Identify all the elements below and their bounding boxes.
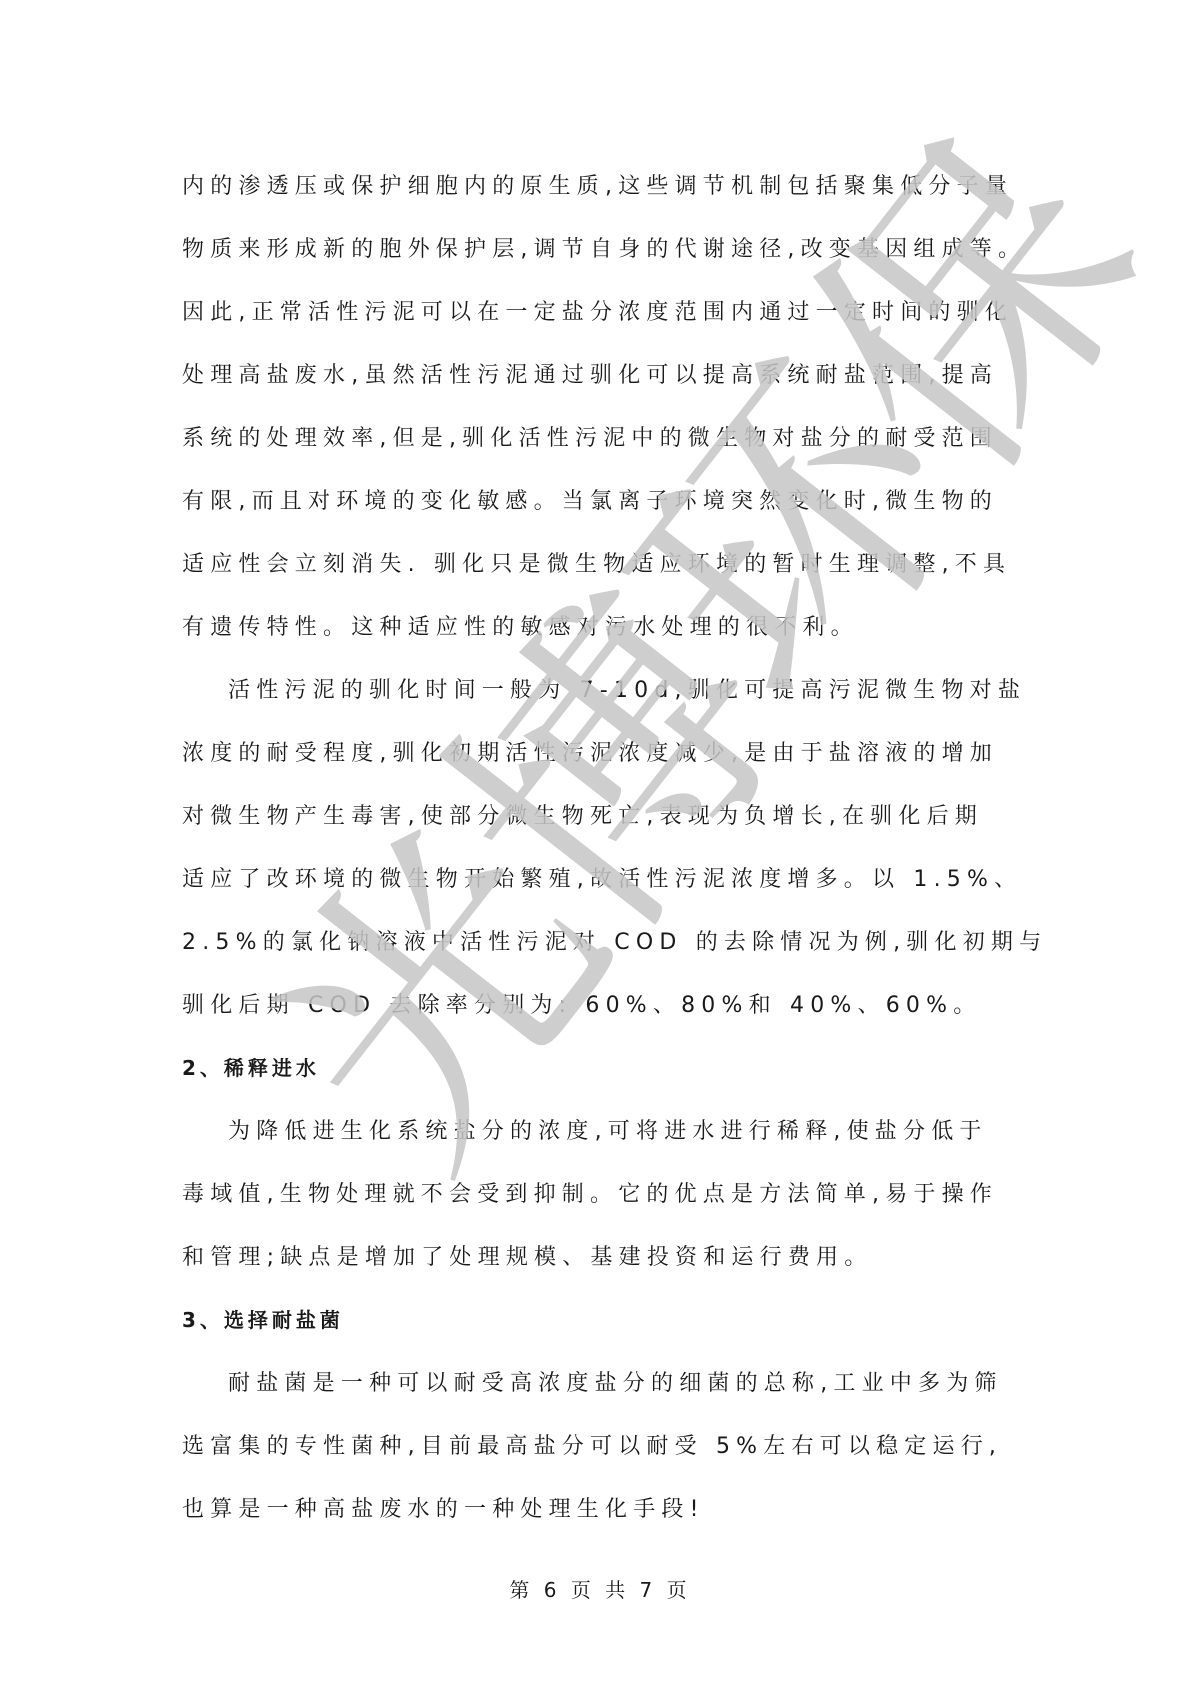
text-line: 和管理;缺点是增加了处理规模、基建投资和运行费用。 — [182, 1226, 1022, 1289]
text-line: 适应性会立刻消失. 驯化只是微生物适应环境的暂时生理调整,不具 — [182, 533, 1022, 596]
text-line: 物质来形成新的胞外保护层,调节自身的代谢途径,改变基因组成等。 — [182, 218, 1022, 281]
text-line: 驯化后期 COD 去除率分别为: 60%、80%和 40%、60%。 — [182, 974, 1022, 1037]
text-line: 处理高盐废水,虽然活性污泥通过驯化可以提高系统耐盐范围,提高 — [182, 344, 1022, 407]
text-line: 也算是一种高盐废水的一种处理生化手段! — [182, 1478, 1022, 1541]
text-line: 浓度的耐受程度,驯化初期活性污泥浓度减少,是由于盐溶液的增加 — [182, 722, 1022, 785]
text-line: 有限,而且对环境的变化敏感。当氯离子环境突然变化时,微生物的 — [182, 470, 1022, 533]
text-line: 选富集的专性菌种,目前最高盐分可以耐受 5%左右可以稳定运行, — [182, 1415, 1022, 1478]
page-number-footer: 第 6 页 共 7 页 — [0, 1574, 1200, 1603]
text-line: 内的渗透压或保护细胞内的原生质,这些调节机制包括聚集低分子量 — [182, 155, 1022, 218]
text-line: 2.5%的氯化钠溶液中活性污泥对 COD 的去除情况为例,驯化初期与 — [182, 911, 1022, 974]
text-line: 有遗传特性。这种适应性的敏感对污水处理的很不利。 — [182, 596, 1022, 659]
text-line: 适应了改环境的微生物开始繁殖,故活性污泥浓度增多。以 1.5%、 — [182, 848, 1022, 911]
paragraph-start-line: 活性污泥的驯化时间一般为 7-10d,驯化可提高污泥微生物对盐 — [182, 659, 1022, 722]
text-line: 系统的处理效率,但是,驯化活性污泥中的微生物对盐分的耐受范围 — [182, 407, 1022, 470]
document-body: 内的渗透压或保护细胞内的原生质,这些调节机制包括聚集低分子量 物质来形成新的胞外… — [182, 155, 1022, 1541]
paragraph-start-line: 为降低进生化系统盐分的浓度,可将进水进行稀释,使盐分低于 — [182, 1100, 1022, 1163]
text-line: 对微生物产生毒害,使部分微生物死亡,表现为负增长,在驯化后期 — [182, 785, 1022, 848]
section-heading-dilution: 2、稀释进水 — [182, 1037, 1022, 1100]
section-heading-salt-tolerant-bacteria: 3、选择耐盐菌 — [182, 1289, 1022, 1352]
text-line: 因此,正常活性污泥可以在一定盐分浓度范围内通过一定时间的驯化 — [182, 281, 1022, 344]
document-page: 内的渗透压或保护细胞内的原生质,这些调节机制包括聚集低分子量 物质来形成新的胞外… — [0, 0, 1200, 1697]
text-line: 毒域值,生物处理就不会受到抑制。它的优点是方法简单,易于操作 — [182, 1163, 1022, 1226]
paragraph-start-line: 耐盐菌是一种可以耐受高浓度盐分的细菌的总称,工业中多为筛 — [182, 1352, 1022, 1415]
